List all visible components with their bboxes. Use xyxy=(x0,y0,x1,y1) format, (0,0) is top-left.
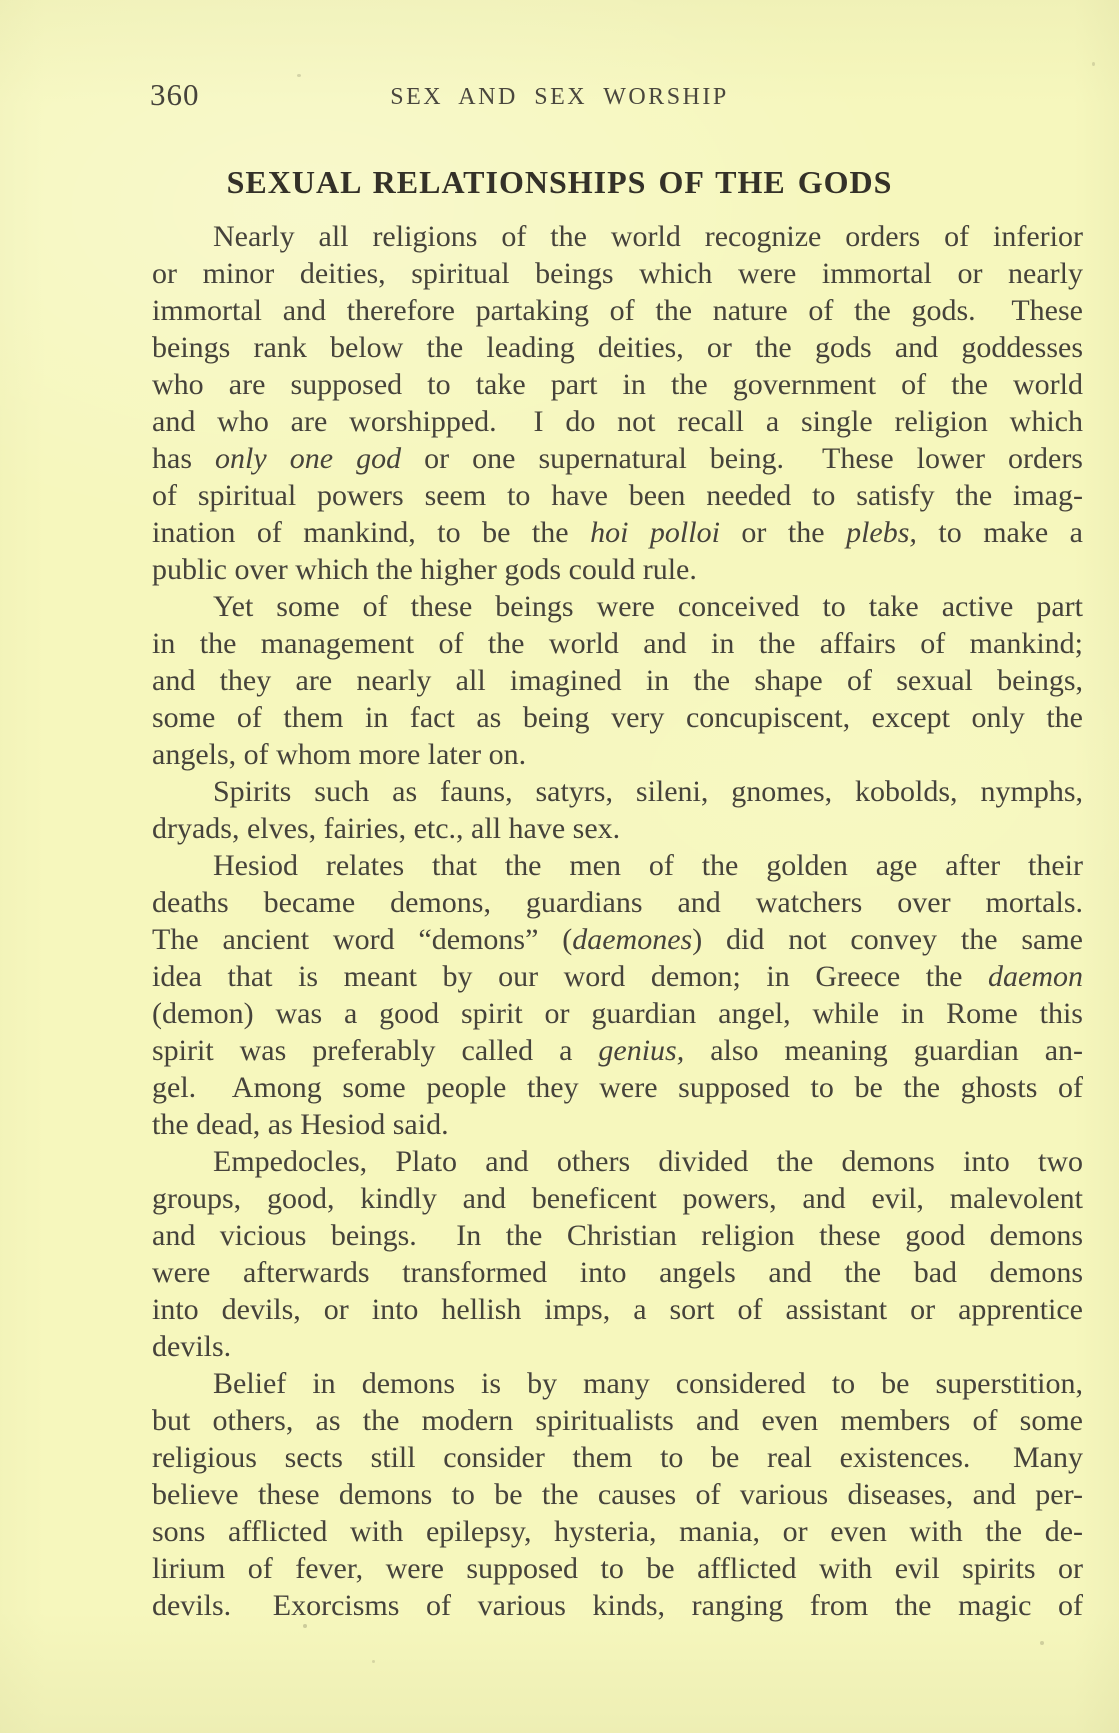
text-line: The ancient word “demons” (daemones) did… xyxy=(152,921,1083,958)
text-line: and who are worshipped. I do not recall … xyxy=(152,403,1083,440)
text-line: Belief in demons is by many considered t… xyxy=(152,1365,1083,1402)
scan-speck xyxy=(1092,62,1095,66)
running-head: SEX AND SEX WORSHIP xyxy=(0,85,1119,109)
text-line: public over which the higher gods could … xyxy=(152,551,1083,588)
text-line: of spiritual powers seem to have been ne… xyxy=(152,477,1083,514)
text-line: idea that is meant by our word demon; in… xyxy=(152,958,1083,995)
text-line: gel. Among some people they were suppose… xyxy=(152,1069,1083,1106)
text-line: and they are nearly all imagined in the … xyxy=(152,662,1083,699)
text-line: sons afflicted with epilepsy, hysteria, … xyxy=(152,1513,1083,1550)
text-line: and vicious beings. In the Christian rel… xyxy=(152,1217,1083,1254)
text-line: spirit was preferably called a genius, a… xyxy=(152,1032,1083,1069)
text-line: some of them in fact as being very concu… xyxy=(152,699,1083,736)
book-page-scan: 360 SEX AND SEX WORSHIP SEXUAL RELATIONS… xyxy=(0,0,1119,1733)
text-line: angels, of whom more later on. xyxy=(152,736,1083,773)
text-line: were afterwards transformed into angels … xyxy=(152,1254,1083,1291)
text-line: immortal and therefore partaking of the … xyxy=(152,292,1083,329)
paragraph: Nearly all religions of the world recogn… xyxy=(152,218,1083,588)
text-line: into devils, or into hellish imps, a sor… xyxy=(152,1291,1083,1328)
text-line: or minor deities, spiritual beings which… xyxy=(152,255,1083,292)
body-text: Nearly all religions of the world recogn… xyxy=(152,218,1083,1624)
text-line: devils. xyxy=(152,1328,1083,1365)
text-line: Nearly all religions of the world recogn… xyxy=(152,218,1083,255)
text-line: religious sects still consider them to b… xyxy=(152,1439,1083,1476)
text-line: (demon) was a good spirit or guardian an… xyxy=(152,995,1083,1032)
paragraph: Hesiod relates that the men of the golde… xyxy=(152,847,1083,1143)
text-line: groups, good, kindly and beneficent powe… xyxy=(152,1180,1083,1217)
text-line: who are supposed to take part in the gov… xyxy=(152,366,1083,403)
text-line: in the management of the world and in th… xyxy=(152,625,1083,662)
section-heading: SEXUAL RELATIONSHIPS OF THE GODS xyxy=(0,163,1119,201)
text-line: Spirits such as fauns, satyrs, sileni, g… xyxy=(152,773,1083,810)
text-line: dryads, elves, fairies, etc., all have s… xyxy=(152,810,1083,847)
paragraph: Empedocles, Plato and others divided the… xyxy=(152,1143,1083,1365)
scan-speck xyxy=(1040,1641,1044,1645)
text-line: Yet some of these beings were conceived … xyxy=(152,588,1083,625)
text-line: devils. Exorcisms of various kinds, rang… xyxy=(152,1587,1083,1624)
text-line: lirium of fever, were supposed to be aff… xyxy=(152,1550,1083,1587)
scan-speck xyxy=(297,74,301,77)
text-line: ination of mankind, to be the hoi polloi… xyxy=(152,514,1083,551)
paragraph: Belief in demons is by many considered t… xyxy=(152,1365,1083,1624)
text-line: has only one god or one supernatural bei… xyxy=(152,440,1083,477)
paragraph: Yet some of these beings were conceived … xyxy=(152,588,1083,773)
text-line: but others, as the modern spiritualists … xyxy=(152,1402,1083,1439)
text-line: Empedocles, Plato and others divided the… xyxy=(152,1143,1083,1180)
text-line: deaths became demons, guardians and watc… xyxy=(152,884,1083,921)
scan-speck xyxy=(372,1660,375,1663)
text-line: beings rank below the leading deities, o… xyxy=(152,329,1083,366)
text-line: believe these demons to be the causes of… xyxy=(152,1476,1083,1513)
paragraph: Spirits such as fauns, satyrs, sileni, g… xyxy=(152,773,1083,847)
scan-speck xyxy=(303,1624,307,1628)
text-line: the dead, as Hesiod said. xyxy=(152,1106,1083,1143)
text-line: Hesiod relates that the men of the golde… xyxy=(152,847,1083,884)
